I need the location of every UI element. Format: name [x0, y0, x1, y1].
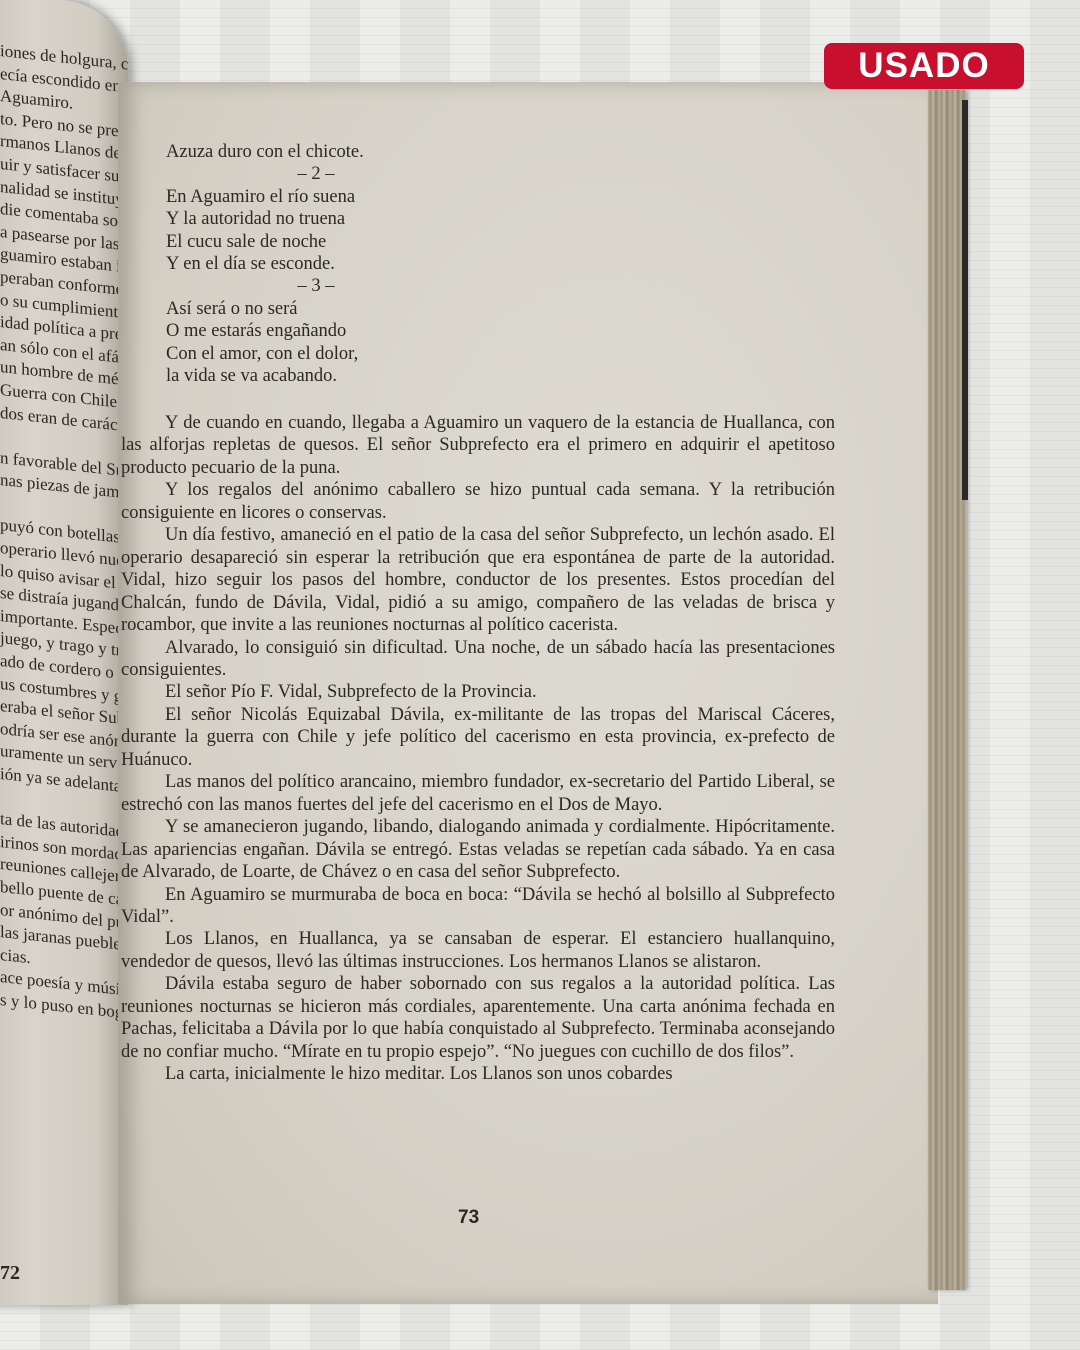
- verse-line: Y en el día se esconde.: [166, 253, 486, 275]
- paragraph: Y de cuando en cuando, llegaba a Aguamir…: [121, 412, 835, 479]
- verse-line: Con el amor, con el dolor,: [166, 343, 486, 365]
- paragraph: Un día festivo, amaneció en el patio de …: [121, 524, 835, 636]
- stanza-number: – 3 –: [166, 275, 466, 297]
- prose-block: Y de cuando en cuando, llegaba a Aguamir…: [121, 412, 835, 1086]
- paragraph: Dávila estaba seguro de haber sobornado …: [121, 973, 835, 1063]
- paragraph: La carta, inicialmente le hizo meditar. …: [121, 1063, 835, 1085]
- paragraph: El señor Pío F. Vidal, Subprefecto de la…: [121, 681, 835, 703]
- paragraph: El señor Nicolás Equizabal Dávila, ex-mi…: [121, 704, 835, 771]
- paragraph: En Aguamiro se murmuraba de boca en boca…: [121, 884, 835, 929]
- verse-line: En Aguamiro el río suena: [166, 186, 486, 208]
- page-edges: [928, 90, 966, 1290]
- used-badge-label: USADO: [858, 46, 989, 86]
- left-page-number: 72: [0, 1262, 20, 1285]
- verse-line: Y la autoridad no truena: [166, 208, 486, 230]
- paragraph: Y los regalos del anónimo caballero se h…: [121, 479, 835, 524]
- paragraph: Los Llanos, en Huallanca, ya se cansaban…: [121, 928, 835, 973]
- left-page-text: iones de holgura, comoecía escondido en …: [0, 40, 128, 1025]
- verse-line: la vida se va acabando.: [166, 365, 486, 387]
- paragraph: Y se amanecieron jugando, libando, dialo…: [121, 816, 835, 883]
- paragraph: Alvarado, lo consiguió sin dificultad. U…: [121, 637, 835, 682]
- stanza-number: – 2 –: [166, 163, 466, 185]
- verse-line: El cucu sale de noche: [166, 231, 486, 253]
- verse-line: O me estarás engañando: [166, 320, 486, 342]
- used-badge: USADO: [824, 43, 1024, 89]
- right-page-number: 73: [458, 1207, 479, 1229]
- paragraph: Las manos del político arancaino, miembr…: [121, 771, 835, 816]
- verse-block: Azuza duro con el chicote.– 2 –En Aguami…: [166, 141, 486, 387]
- verse-line: Así será o no será: [166, 298, 486, 320]
- verse-line: Azuza duro con el chicote.: [166, 141, 486, 163]
- cover-shadow: [962, 100, 968, 500]
- left-page: iones de holgura, comoecía escondido en …: [0, 0, 128, 1305]
